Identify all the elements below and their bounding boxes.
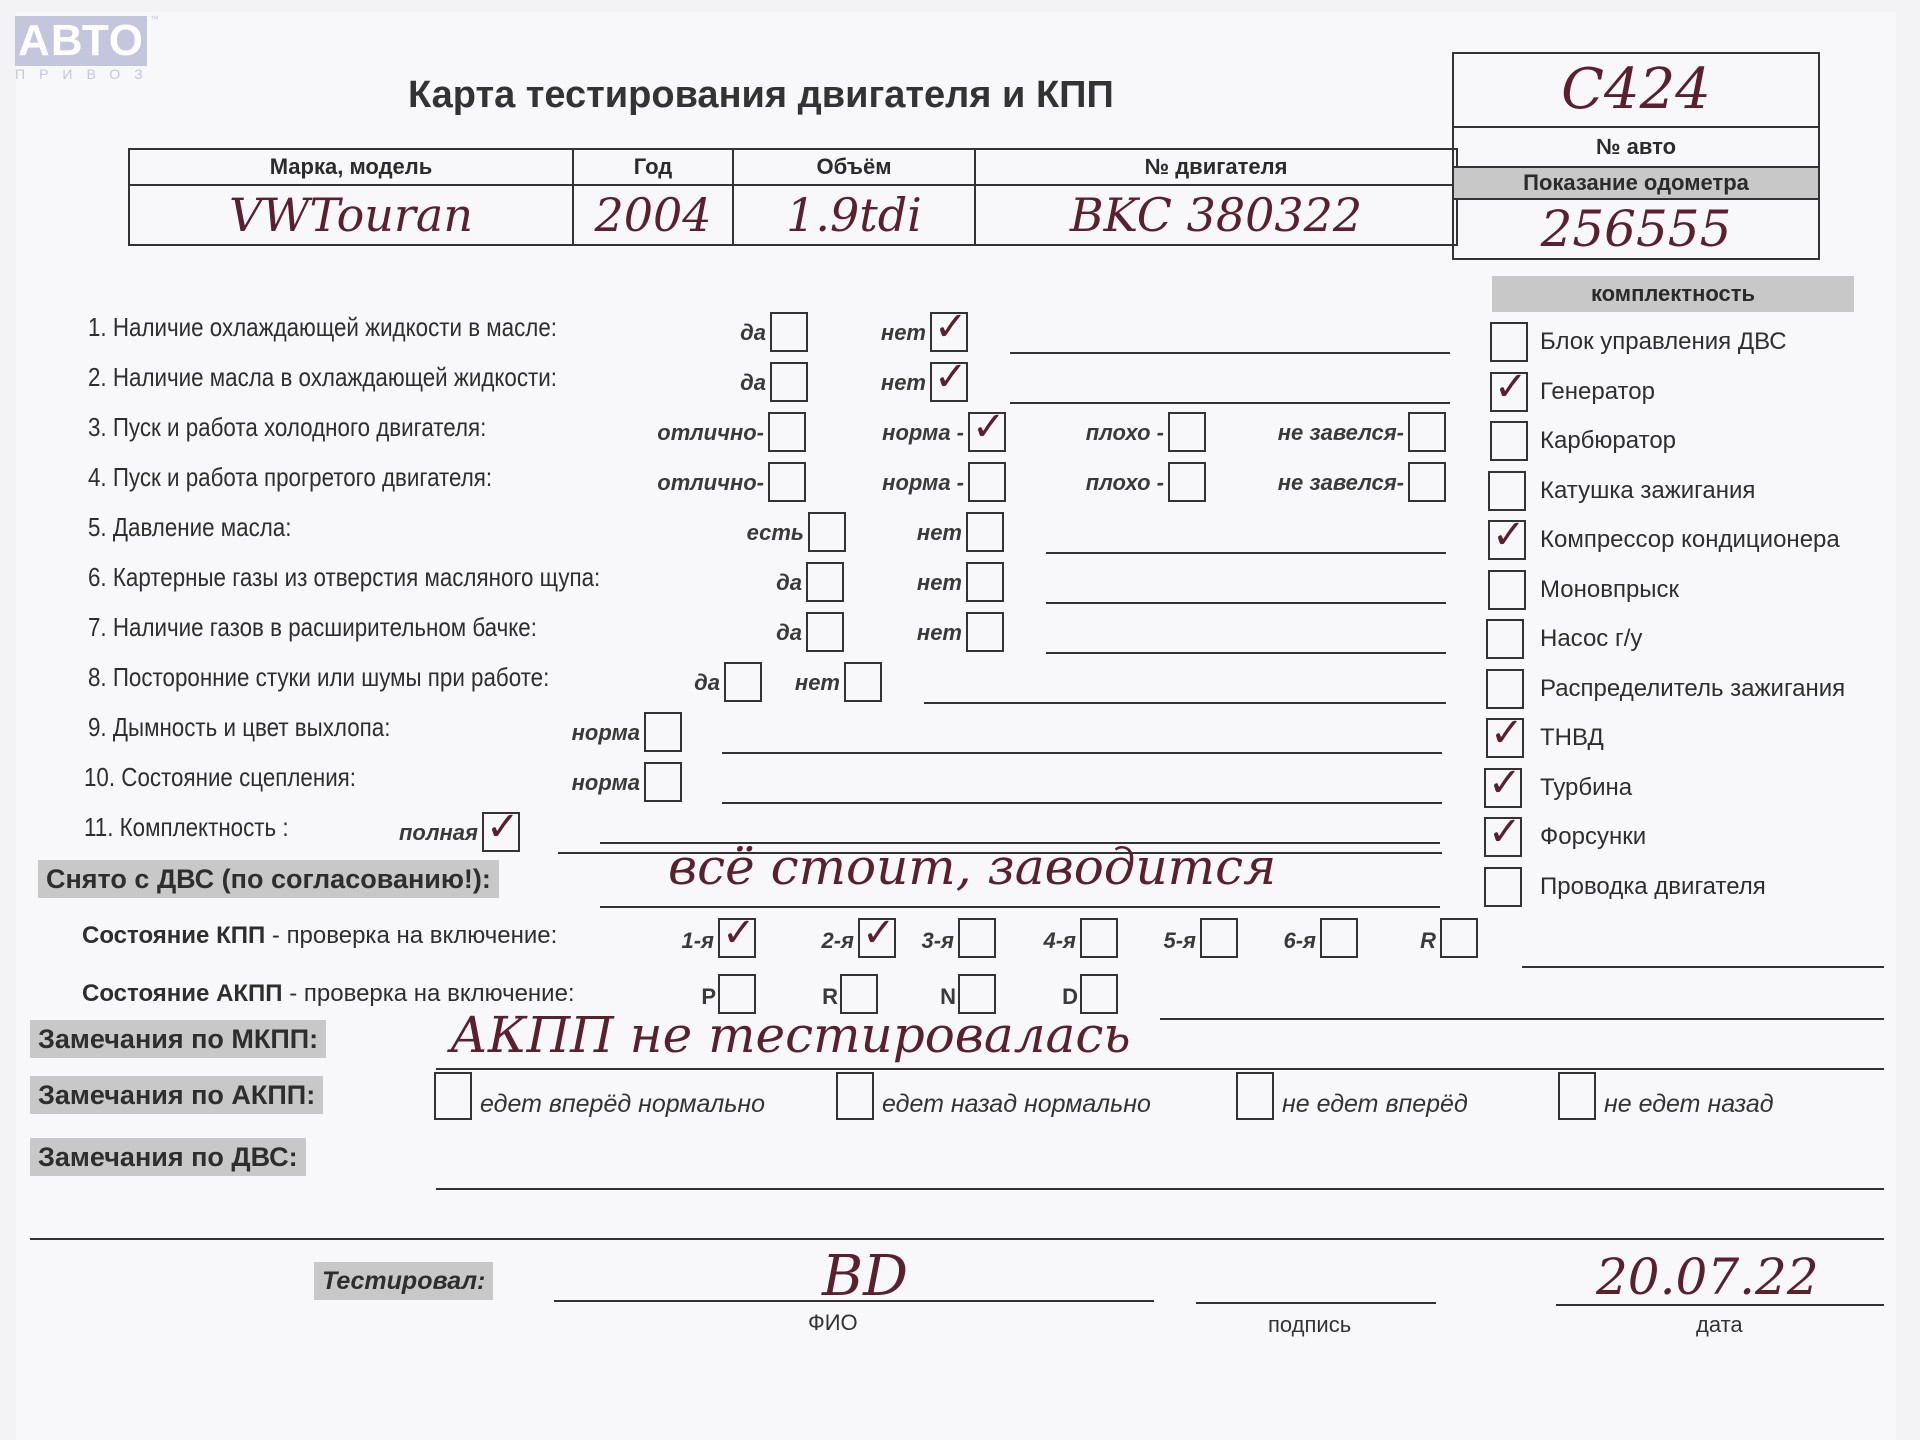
check-row-4-label: 4. Пуск и работа прогретого двигателя:	[88, 462, 492, 493]
mkpp-remarks-label: Замечания по МКПП:	[30, 1020, 326, 1058]
vehicle-info-table: Марка, модель Год Объём № двигателя VWTo…	[128, 148, 1458, 246]
check-row-1-checkbox[interactable]	[930, 312, 968, 352]
akpp-label: Состояние АКПП - проверка на включение:	[82, 980, 575, 1008]
check-row-2-label: 2. Наличие масла в охлаждающей жидкости:	[88, 362, 557, 393]
kpp-gear-checkbox[interactable]	[958, 918, 996, 958]
akpp-remarks-label: Замечания по АКПП:	[30, 1076, 323, 1114]
auto-info-box: C424 № авто Показание одометра 256555	[1452, 52, 1820, 260]
kit-item-label: Блок управления ДВС	[1540, 328, 1787, 356]
date-caption: дата	[1696, 1312, 1743, 1338]
kit-item-label: Турбина	[1540, 774, 1632, 802]
check-row-9-label: 9. Дымность и цвет выхлопа:	[88, 712, 390, 743]
check-row-8-notes-line	[924, 702, 1446, 704]
kit-item-label: Насос г/у	[1540, 625, 1642, 653]
odometer-field[interactable]: 256555	[1454, 200, 1818, 258]
kpp-gear-checkbox[interactable]	[1200, 918, 1238, 958]
check-row-8-option-label: да	[694, 670, 720, 696]
kpp-gear-checkbox[interactable]	[1080, 918, 1118, 958]
check-row-3-checkbox[interactable]	[768, 412, 806, 452]
signature-caption: подпись	[1268, 1312, 1351, 1338]
check-row-5-option-label: есть	[747, 520, 804, 546]
akpp-remark-label: едет назад нормально	[882, 1090, 1151, 1119]
kit-item-label: Распределитель зажигания	[1540, 675, 1845, 703]
check-row-6-notes-line	[1046, 602, 1446, 604]
check-row-3-checkbox[interactable]	[968, 412, 1006, 452]
kpp-gear-label: 6-я	[1283, 928, 1316, 954]
mkpp-remarks-line	[436, 1068, 1884, 1070]
kpp-gear-label: 4-я	[1043, 928, 1076, 954]
kit-checkbox[interactable]	[1488, 520, 1526, 560]
check-row-4-checkbox[interactable]	[1168, 462, 1206, 502]
year-field[interactable]: 2004	[573, 185, 733, 245]
date-line	[1556, 1304, 1884, 1306]
check-row-9-checkbox[interactable]	[644, 712, 682, 752]
check-row-5-notes-line	[1046, 552, 1446, 554]
check-row-2-notes-line	[1010, 402, 1450, 404]
logo: АВТО	[15, 16, 147, 66]
check-row-3-label: 3. Пуск и работа холодного двигателя:	[88, 412, 486, 443]
kpp-gear-label: 1-я	[681, 928, 714, 954]
removed-label: Снято с ДВС (по согласованию!):	[38, 860, 499, 898]
kit-checkbox[interactable]	[1490, 421, 1528, 461]
akpp-label-rest: - проверка на включение:	[283, 980, 575, 1007]
name-line	[554, 1300, 1154, 1302]
kit-item-label: Катушка зажигания	[1540, 477, 1755, 505]
kpp-gear-label: 2-я	[821, 928, 854, 954]
check-row-7-option-label: да	[776, 620, 802, 646]
kit-checkbox[interactable]	[1486, 718, 1524, 758]
logo-subtitle: ПРИВОЗ	[15, 66, 157, 82]
check-row-8-checkbox[interactable]	[724, 662, 762, 702]
akpp-remark-checkbox[interactable]	[1558, 1072, 1596, 1120]
check-row-7-label: 7. Наличие газов в расширительном бачке:	[88, 612, 537, 643]
odometer-label: Показание одометра	[1454, 168, 1818, 200]
check-row-1-label: 1. Наличие охлаждающей жидкости в масле:	[88, 312, 557, 343]
kit-item-label: Компрессор кондиционера	[1540, 526, 1840, 554]
check-row-4-checkbox[interactable]	[768, 462, 806, 502]
volume-field[interactable]: 1.9tdi	[733, 185, 975, 245]
check-row-5-label: 5. Давление масла:	[88, 512, 291, 543]
kit-checkbox[interactable]	[1484, 817, 1522, 857]
kit-item-label: Проводка двигателя	[1540, 873, 1766, 901]
kit-checkbox[interactable]	[1490, 322, 1528, 362]
check-row-1-checkbox[interactable]	[770, 312, 808, 352]
check-row-2-option-label: нет	[881, 370, 926, 396]
kit-item-label: Моновпрыск	[1540, 576, 1679, 604]
column-header-engine-number: № двигателя	[975, 149, 1457, 185]
check-row-11-label: 11. Комплектность :	[84, 812, 289, 843]
name-caption: ФИО	[808, 1310, 858, 1336]
kit-item-label: Форсунки	[1540, 823, 1646, 851]
akpp-remark-label: не едет вперёд	[1282, 1090, 1468, 1119]
kpp-gear-checkbox[interactable]	[858, 918, 896, 958]
kpp-label-rest: - проверка на включение:	[265, 922, 557, 949]
akpp-remark-checkbox[interactable]	[836, 1072, 874, 1120]
make-model-field[interactable]: VWTouran	[129, 185, 573, 245]
check-row-2-option-label: да	[740, 370, 766, 396]
dvs-remarks-label: Замечания по ДВС:	[30, 1138, 306, 1176]
check-row-4-checkbox[interactable]	[1408, 462, 1446, 502]
check-row-8-option-label: нет	[795, 670, 840, 696]
date-field[interactable]: 20.07.22	[1596, 1248, 1819, 1306]
check-row-1-notes-line	[1010, 352, 1450, 354]
akpp-remark-label: едет вперёд нормально	[480, 1090, 765, 1119]
tested-by-label: Тестировал:	[314, 1262, 493, 1300]
check-row-11-checkbox[interactable]	[482, 812, 520, 852]
dvs-remarks-line	[436, 1188, 1884, 1190]
kit-checkbox[interactable]	[1488, 570, 1526, 610]
check-row-5-checkbox[interactable]	[966, 512, 1004, 552]
check-row-2-checkbox[interactable]	[930, 362, 968, 402]
check-row-3-checkbox[interactable]	[1408, 412, 1446, 452]
kpp-gear-label: 3-я	[921, 928, 954, 954]
kpp-label-bold: Состояние КПП	[82, 922, 265, 949]
column-header-year: Год	[573, 149, 733, 185]
check-row-3-checkbox[interactable]	[1168, 412, 1206, 452]
kit-item-label: Карбюратор	[1540, 427, 1676, 455]
akpp-remark-checkbox[interactable]	[434, 1072, 472, 1120]
dvs-remarks-line-2	[30, 1238, 1884, 1240]
check-row-1-option-label: да	[740, 320, 766, 346]
check-row-10-checkbox[interactable]	[644, 762, 682, 802]
check-row-6-label: 6. Картерные газы из отверстия масляного…	[88, 562, 600, 593]
mkpp-remarks-field[interactable]: АКПП не тестировалась	[450, 1006, 1131, 1064]
check-row-3-option-label: норма -	[882, 420, 964, 446]
page-title: Карта тестирования двигателя и КПП	[408, 74, 1114, 117]
check-row-7-checkbox[interactable]	[966, 612, 1004, 652]
check-row-10-notes-line	[722, 802, 1442, 804]
check-row-2-checkbox[interactable]	[770, 362, 808, 402]
signature-line	[1196, 1302, 1436, 1304]
check-row-4-option-label: не завелся-	[1278, 470, 1404, 496]
column-header-volume: Объём	[733, 149, 975, 185]
auto-number-label: № авто	[1454, 128, 1818, 168]
check-row-3-option-label: отлично-	[657, 420, 764, 446]
auto-number-field[interactable]: C424	[1454, 54, 1818, 128]
check-row-4-option-label: плохо -	[1086, 470, 1164, 496]
kpp-gear-checkbox[interactable]	[1440, 918, 1478, 958]
check-row-8-label: 8. Посторонние стуки или шумы при работе…	[88, 662, 549, 693]
kit-checkbox[interactable]	[1486, 669, 1524, 709]
check-row-3-option-label: плохо -	[1086, 420, 1164, 446]
check-row-4-checkbox[interactable]	[968, 462, 1006, 502]
check-row-7-option-label: нет	[917, 620, 962, 646]
check-row-5-checkbox[interactable]	[808, 512, 846, 552]
kit-checkbox[interactable]	[1490, 372, 1528, 412]
kpp-label: Состояние КПП - проверка на включение:	[82, 922, 557, 950]
kit-checkbox[interactable]	[1488, 471, 1526, 511]
check-row-4-option-label: отлично-	[657, 470, 764, 496]
removed-field[interactable]: всё стоит, заводится	[668, 838, 1276, 896]
akpp-line	[1160, 1018, 1884, 1020]
kpp-gear-checkbox[interactable]	[1320, 918, 1358, 958]
kit-item-label: ТНВД	[1540, 724, 1604, 752]
check-row-10-option-label: норма	[572, 770, 640, 796]
check-row-8-checkbox[interactable]	[844, 662, 882, 702]
check-row-10-label: 10. Состояние сцепления:	[84, 762, 356, 793]
check-row-6-checkbox[interactable]	[966, 562, 1004, 602]
check-row-7-notes-line	[1046, 652, 1446, 654]
kit-checkbox[interactable]	[1484, 867, 1522, 907]
check-row-6-option-label: нет	[917, 570, 962, 596]
kpp-line	[1522, 966, 1884, 968]
check-row-6-option-label: да	[776, 570, 802, 596]
engine-number-field[interactable]: BKC 380322	[975, 185, 1457, 245]
kpp-gear-label: 5-я	[1163, 928, 1196, 954]
akpp-remark-checkbox[interactable]	[1236, 1072, 1274, 1120]
kit-item-label: Генератор	[1540, 378, 1655, 406]
column-header-make-model: Марка, модель	[129, 149, 573, 185]
check-row-9-notes-line	[722, 752, 1442, 754]
kit-title: комплектность	[1492, 276, 1854, 312]
check-row-1-option-label: нет	[881, 320, 926, 346]
kpp-gear-checkbox[interactable]	[718, 918, 756, 958]
kpp-gear-label: R	[1420, 928, 1436, 954]
check-row-6-checkbox[interactable]	[806, 562, 844, 602]
removed-line	[600, 906, 1440, 908]
akpp-remark-label: не едет назад	[1604, 1090, 1774, 1119]
check-row-11-option-label: полная	[399, 820, 478, 846]
check-row-3-option-label: не завелся-	[1278, 420, 1404, 446]
akpp-label-bold: Состояние АКПП	[82, 980, 283, 1007]
logo-trademark: ™	[150, 14, 159, 24]
check-row-9-option-label: норма	[572, 720, 640, 746]
check-row-5-option-label: нет	[917, 520, 962, 546]
check-row-4-option-label: норма -	[882, 470, 964, 496]
kit-checkbox[interactable]	[1484, 768, 1522, 808]
check-row-7-checkbox[interactable]	[806, 612, 844, 652]
kit-checkbox[interactable]	[1486, 619, 1524, 659]
